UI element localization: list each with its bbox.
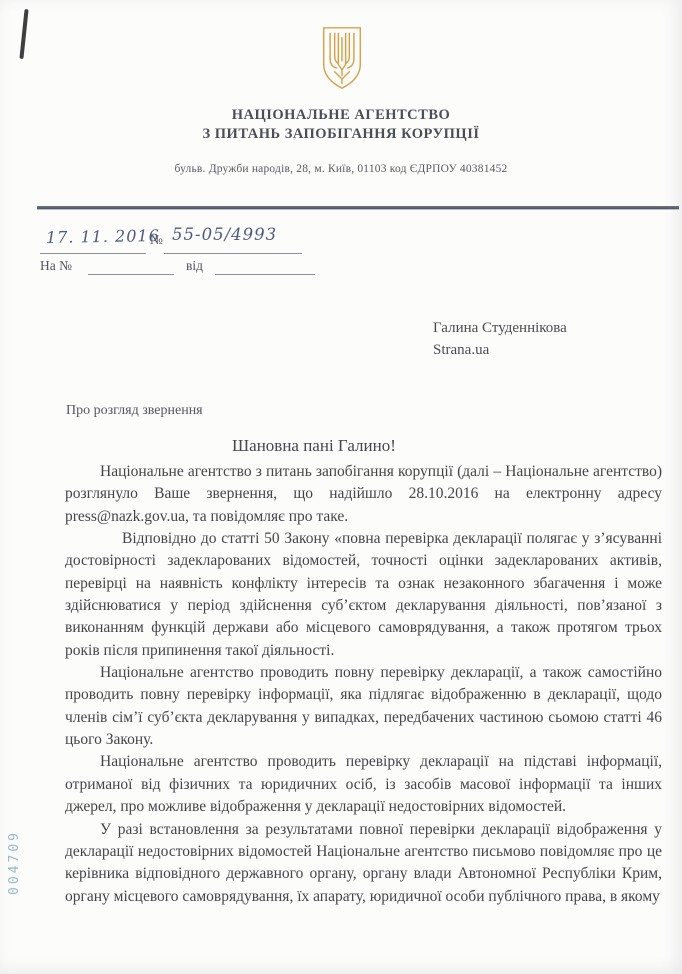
number-underline [164,253,302,254]
letter-body: Національне агентство з питань запобіган… [65,461,662,908]
scanned-letter-page: НАЦІОНАЛЬНЕ АГЕНТСТВО З ПИТАНЬ ЗАПОБІГАН… [0,0,682,974]
recipient-name: Галина Студеннікова [433,318,567,340]
paragraph-4: Національне агентство проводить перевірк… [65,751,662,818]
org-name-line2: З ПИТАНЬ ЗАПОБІГАННЯ КОРУПЦІЇ [0,125,682,144]
date-underline [40,253,146,254]
paragraph-2: Відповідно до статті 50 Закону «повна пе… [65,528,662,662]
pen-stroke-mark [19,9,28,59]
reply-to-label: На № [40,258,72,274]
header-divider-rule [37,206,679,210]
handwritten-outgoing-number: 55-05/4993 [172,225,277,244]
paragraph-3: Національне агентство проводить повну пе… [65,662,662,751]
paragraph-5: У разі встановлення за результатами повн… [65,819,662,908]
subject-line: Про розгляд звернення [66,403,203,419]
paragraph-1: Національне агентство з питань запобіган… [65,461,662,528]
handwritten-date: 17. 11. 2016 [46,226,160,247]
from-date-underline [215,274,315,275]
ukraine-trident-emblem [319,26,365,90]
salutation: Шановна пані Галино! [232,436,396,456]
number-sign: № [150,232,163,248]
org-name: НАЦІОНАЛЬНЕ АГЕНТСТВО З ПИТАНЬ ЗАПОБІГАН… [0,106,682,144]
reply-number-underline [88,274,174,275]
org-address: бульв. Дружби народів, 28, м. Київ, 0110… [0,163,682,175]
org-name-line1: НАЦІОНАЛЬНЕ АГЕНТСТВО [0,106,682,125]
registry-index-stamp: 004709 [7,830,22,895]
recipient-block: Галина Студеннікова Strana.ua [433,318,567,361]
from-date-label: від [186,258,203,274]
recipient-organization: Strana.ua [433,340,567,362]
